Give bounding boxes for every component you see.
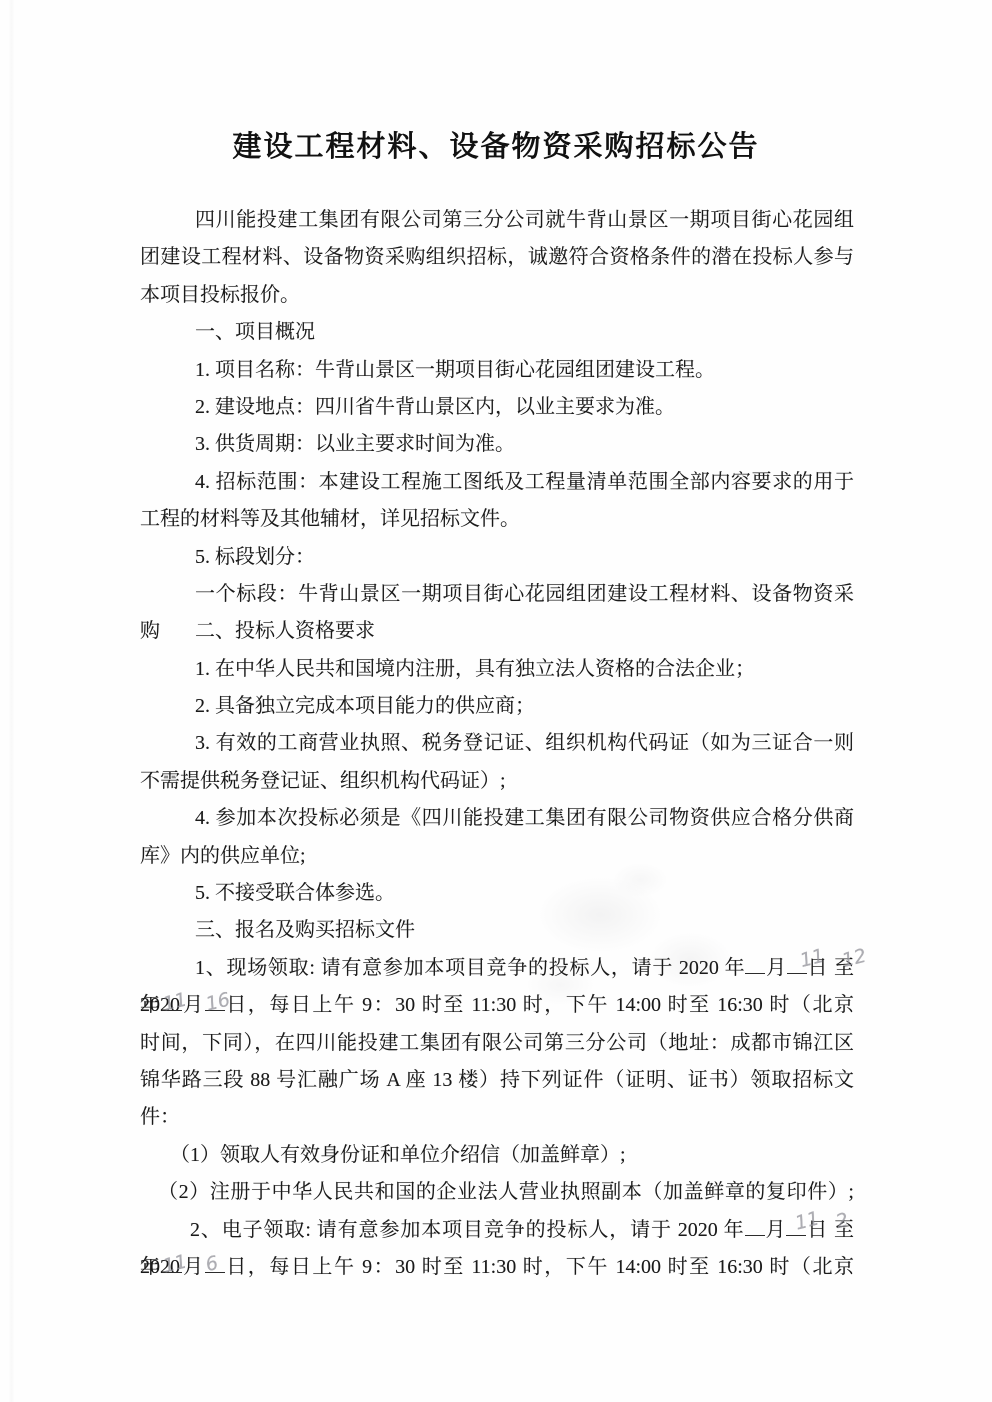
document-title: 建设工程材料、设备物资采购招标公告 (0, 124, 992, 165)
line-text: 2、电子领取: 请有意参加本项目竞争的投标人，请于 2020 年 (190, 1219, 745, 1241)
text-line: 本项目投标报价。 (140, 277, 854, 314)
text-line: 2. 建设地点：四川省牛背山景区内，以业主要求为准。 (140, 389, 854, 426)
text-line: 4. 参加本次投标必须是《四川能投建工集团有限公司物资供应合格分供商 (140, 800, 854, 837)
section-heading: 一、项目概况 (140, 314, 854, 351)
date-blank-day: 12 (787, 955, 807, 974)
text-line: 不需提供税务登记证、组织机构代码证）; (140, 763, 854, 800)
line-text: 年 (140, 1256, 162, 1278)
date-blank-month: 11 (162, 992, 182, 1011)
text-line: 4. 招标范围：本建设工程施工图纸及工程量清单范围全部内容要求的用于 (140, 464, 854, 501)
handwritten-date-mark: 11 (161, 1252, 189, 1276)
text-line: （2）注册于中华人民共和国的企业法人营业执照副本（加盖鲜章的复印件）; (140, 1174, 854, 1211)
text-line: 件： (140, 1099, 854, 1136)
document-page: 建设工程材料、设备物资采购招标公告 四川能投建工集团有限公司第三分公司就牛背山景… (0, 0, 992, 1402)
date-blank-month: 11 (162, 1254, 182, 1273)
text-line: 团建设工程材料、设备物资采购组织招标，诚邀符合资格条件的潜在投标人参与 (140, 239, 854, 276)
text-line: 5. 标段划分： (140, 539, 854, 576)
section-heading: 三、报名及购买招标文件 (140, 912, 854, 949)
text-line: 1. 在中华人民共和国境内注册，具有独立法人资格的合法企业； (140, 651, 854, 688)
date-blank-day: 6 (205, 1254, 225, 1273)
line-text: 年 (140, 994, 162, 1016)
text-line: 工程的材料等及其他辅材，详见招标文件。 (140, 501, 854, 538)
text-line: 锦华路三段 88 号汇融广场 A 座 13 楼）持下列证件（证明、证书）领取招标… (140, 1062, 854, 1099)
text-line: 2. 具备独立完成本项目能力的供应商； (140, 688, 854, 725)
text-line-with-date-blanks: 年11月6日，每日上午 9：30 时至 11:30 时，下午 14:00 时至 … (140, 1249, 854, 1286)
text-line: 3. 有效的工商营业执照、税务登记证、组织机构代码证（如为三证合一则 (140, 725, 854, 762)
handwritten-date-mark: 6 (204, 1254, 220, 1275)
text-line: 库》内的供应单位; (140, 838, 854, 875)
line-text: 日，每日上午 9：30 时至 11:30 时，下午 14:00 时至 16:30… (225, 994, 854, 1016)
date-blank-month: 11 (745, 1217, 765, 1236)
date-blank-month: 11 (745, 955, 765, 974)
section-heading: 二、投标人资格要求 (140, 613, 854, 650)
text-line: （1）领取人有效身份证和单位介绍信（加盖鲜章）; (140, 1137, 854, 1174)
text-line-with-date-blanks: 1、现场领取: 请有意参加本项目竞争的投标人，请于 2020 年11月12日 至… (140, 950, 854, 987)
text-line: 5. 不接受联合体参选。 (140, 875, 854, 912)
date-blank-day: 2 (786, 1217, 806, 1236)
text-line-with-date-blanks: 年11月16日，每日上午 9：30 时至 11:30 时，下午 14:00 时至… (140, 987, 854, 1024)
line-text: 日，每日上午 9：30 时至 11:30 时，下午 14:00 时至 16:30… (225, 1256, 854, 1278)
document-body: 四川能投建工集团有限公司第三分公司就牛背山景区一期项目街心花园组 团建设工程材料… (140, 202, 854, 1286)
line-text: 1、现场领取: 请有意参加本项目竞争的投标人，请于 2020 年 (195, 957, 745, 979)
text-line: 四川能投建工集团有限公司第三分公司就牛背山景区一期项目街心花园组 (140, 202, 854, 239)
text-line: 时间，下同），在四川能投建工集团有限公司第三分公司（地址：成都市锦江区 (140, 1025, 854, 1062)
text-line-with-date-blanks: 2、电子领取: 请有意参加本项目竞争的投标人，请于 2020 年11月2日 至 … (140, 1212, 854, 1249)
text-line: 一个标段：牛背山景区一期项目街心花园组团建设工程材料、设备物资采购 (140, 576, 854, 613)
text-line: 3. 供货周期：以业主要求时间为准。 (140, 426, 854, 463)
date-blank-day: 16 (205, 992, 225, 1011)
text-line: 1. 项目名称：牛背山景区一期项目街心花园组团建设工程。 (140, 352, 854, 389)
